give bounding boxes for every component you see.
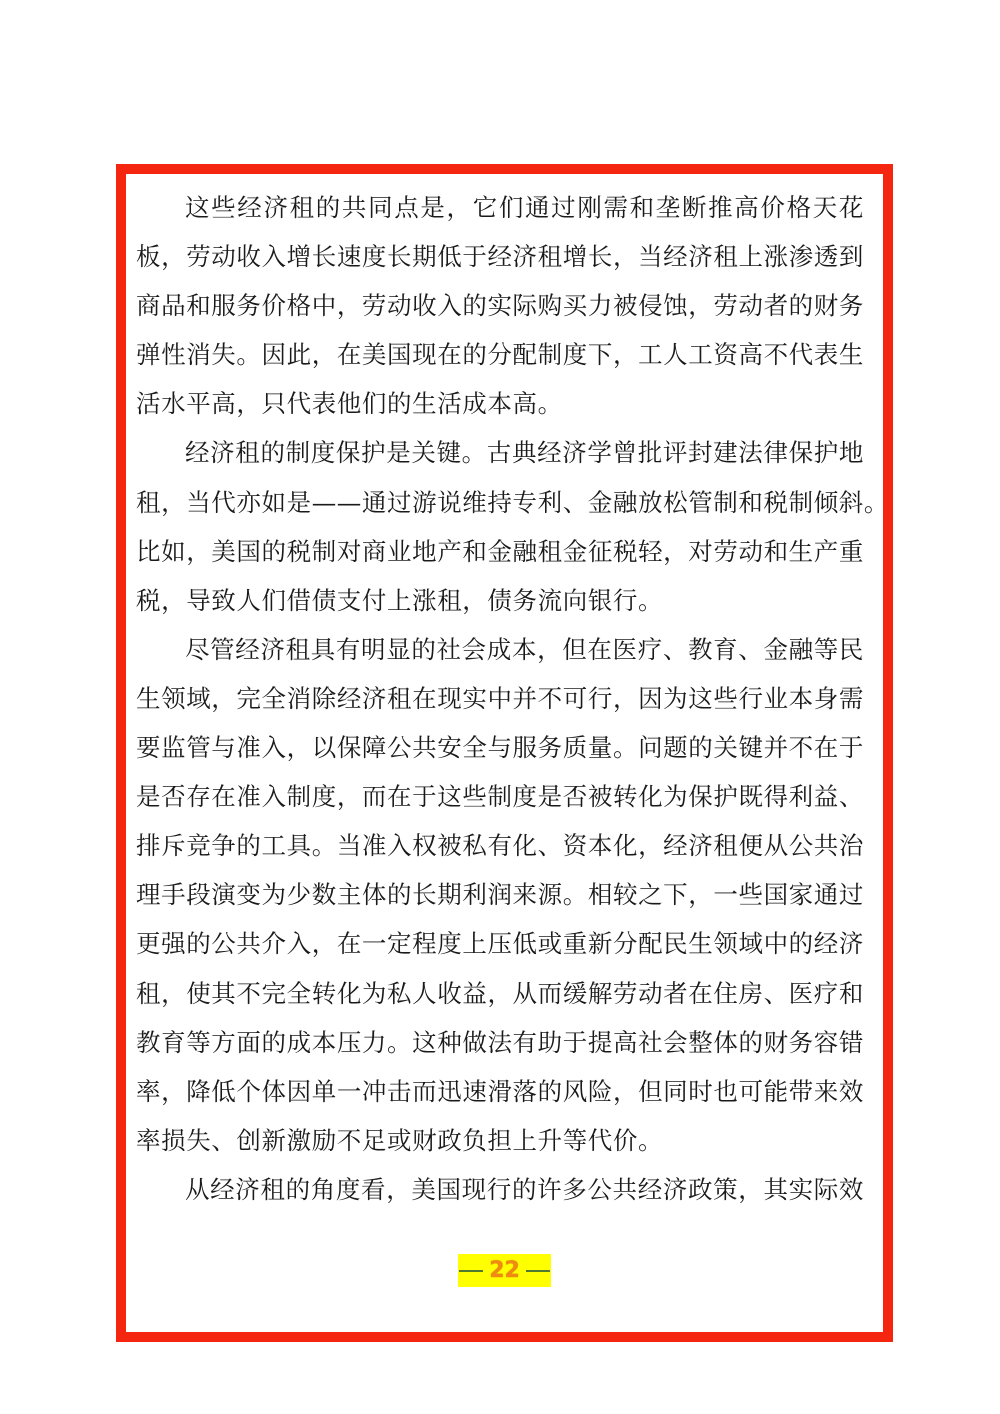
text-line: 是否存在准入制度，而在于这些制度是否被转化为保护既得利益、 bbox=[136, 772, 864, 821]
text-line: 尽管经济租具有明显的社会成本，但在医疗、教育、金融等民 bbox=[136, 625, 864, 674]
text-line: 租，当代亦如是——通过游说维持专利、金融放松管制和税制倾斜。 bbox=[136, 478, 864, 527]
text-line: 这些经济租的共同点是，它们通过刚需和垄断推高价格天花 bbox=[136, 183, 864, 232]
text-line: 更强的公共介入，在一定程度上压低或重新分配民生领域中的经济 bbox=[136, 919, 864, 968]
text-line: 教育等方面的成本压力。这种做法有助于提高社会整体的财务容错 bbox=[136, 1018, 864, 1067]
text-line: 从经济租的角度看，美国现行的许多公共经济政策，其实际效 bbox=[136, 1165, 864, 1214]
body-text: 这些经济租的共同点是，它们通过刚需和垄断推高价格天花板，劳动收入增长速度长期低于… bbox=[136, 183, 864, 1214]
text-line: 税，导致人们借债支付上涨租，债务流向银行。 bbox=[136, 576, 864, 625]
page-number: 22 bbox=[489, 1258, 520, 1283]
text-line: 理手段演变为少数主体的长期利润来源。相较之下，一些国家通过 bbox=[136, 870, 864, 919]
text-line: 率，降低个体因单一冲击而迅速滑落的风险，但同时也可能带来效 bbox=[136, 1067, 864, 1116]
text-line: 率损失、创新激励不足或财政负担上升等代价。 bbox=[136, 1116, 864, 1165]
text-line: 比如，美国的税制对商业地产和金融租金征税轻，对劳动和生产重 bbox=[136, 527, 864, 576]
left-dash bbox=[459, 1270, 483, 1272]
text-line: 租，使其不完全转化为私人收益，从而缓解劳动者在住房、医疗和 bbox=[136, 969, 864, 1018]
text-line: 弹性消失。因此，在美国现在的分配制度下，工人工资高不代表生 bbox=[136, 330, 864, 379]
text-line: 经济租的制度保护是关键。古典经济学曾批评封建法律保护地 bbox=[136, 428, 864, 477]
text-line: 商品和服务价格中，劳动收入的实际购买力被侵蚀，劳动者的财务 bbox=[136, 281, 864, 330]
text-line: 排斥竞争的工具。当准入权被私有化、资本化，经济租便从公共治 bbox=[136, 821, 864, 870]
page-number-badge: 22 bbox=[458, 1254, 551, 1287]
right-dash bbox=[526, 1270, 550, 1272]
text-line: 生领域，完全消除经济租在现实中并不可行，因为这些行业本身需 bbox=[136, 674, 864, 723]
text-line: 活水平高，只代表他们的生活成本高。 bbox=[136, 379, 864, 428]
text-line: 要监管与准入，以保障公共安全与服务质量。问题的关键并不在于 bbox=[136, 723, 864, 772]
text-line: 板，劳动收入增长速度长期低于经济租增长，当经济租上涨渗透到 bbox=[136, 232, 864, 281]
